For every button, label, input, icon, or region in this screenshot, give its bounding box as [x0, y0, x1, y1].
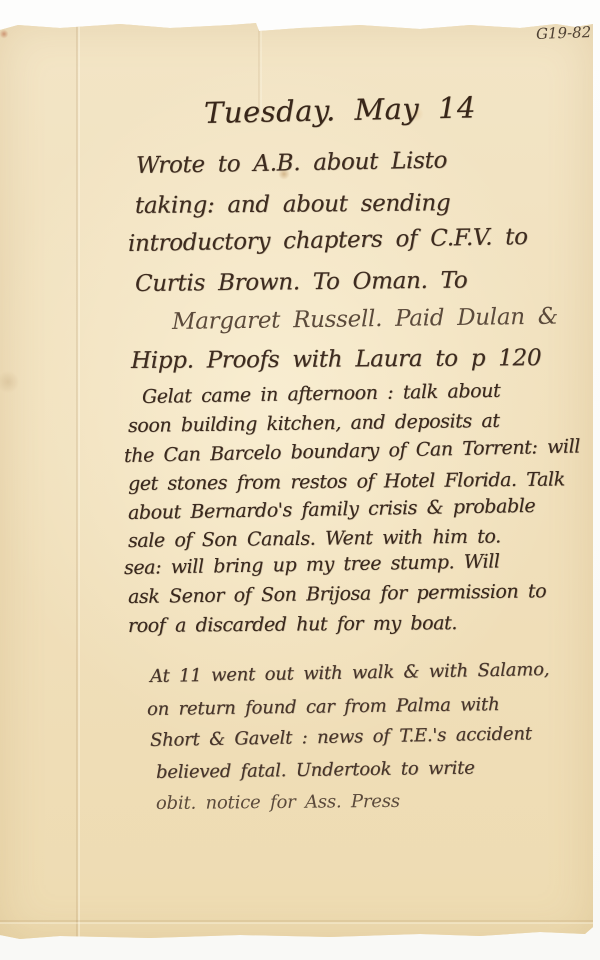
manuscript-page	[0, 22, 593, 940]
catalog-mark: G19-82	[536, 23, 592, 43]
paper-crease-vertical-short	[258, 22, 262, 117]
photograph-background: G19-82 Tuesday. May 14 Wrote to A.B. abo…	[0, 0, 600, 960]
paper-crease-vertical	[76, 22, 80, 940]
paper-crease-horizontal	[0, 920, 593, 924]
